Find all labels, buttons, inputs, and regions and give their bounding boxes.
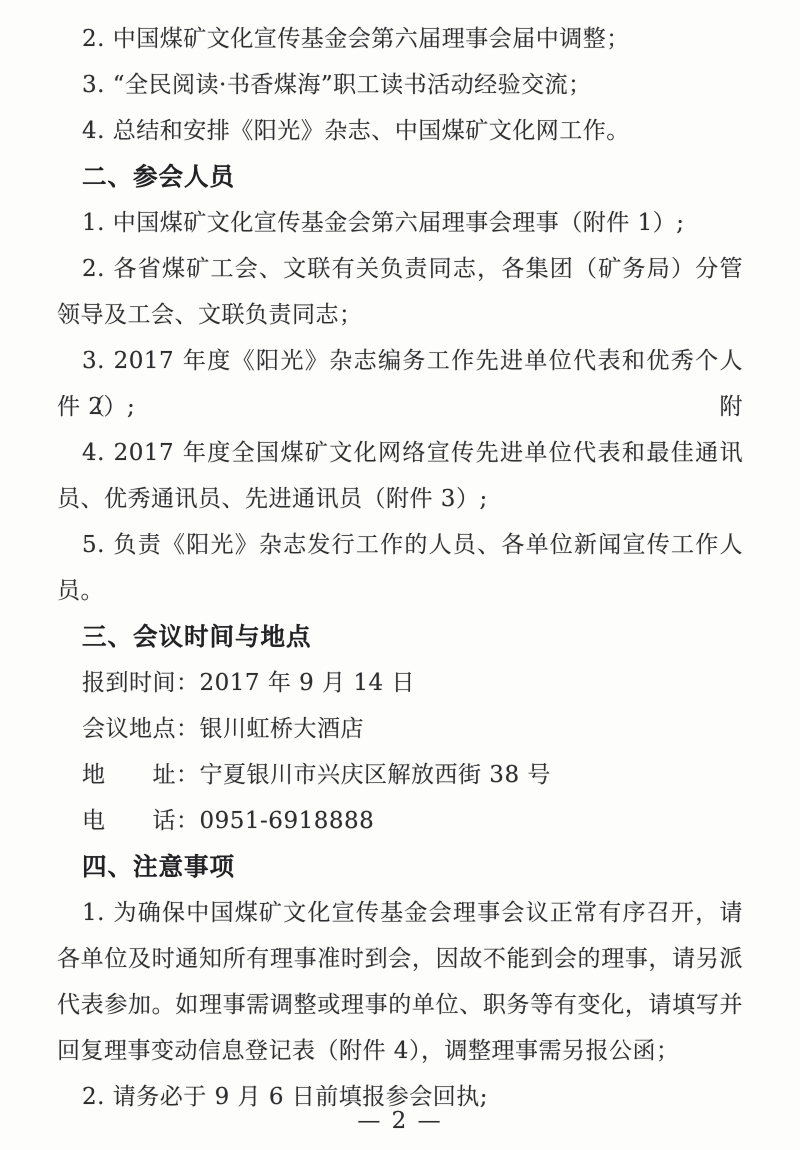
section-heading-time-place: 三、会议时间与地点	[57, 614, 743, 660]
participants-item-5: 5. 负责《阳光》杂志发行工作的人员、各单位新闻宣传工作人	[57, 522, 743, 568]
participants-item-5-cont: 员。	[57, 568, 743, 614]
notes-item-1-cont-3: 回复理事变动信息登记表（附件 4），调整理事需另报公函；	[57, 1028, 743, 1074]
section-heading-participants: 二、参会人员	[57, 154, 743, 200]
notes-item-1-cont-2: 代表参加。如理事需调整或理事的单位、职务等有变化，请填写并	[57, 982, 743, 1028]
participants-item-1: 1. 中国煤矿文化宣传基金会第六届理事会理事（附件 1）;	[57, 200, 743, 246]
phone: 电 话：0951-6918888	[57, 798, 743, 844]
agenda-item-2: 2. 中国煤矿文化宣传基金会第六届理事会届中调整；	[57, 16, 743, 62]
participants-item-2-cont: 领导及工会、文联负责同志；	[57, 292, 743, 338]
notes-item-1: 1. 为确保中国煤矿文化宣传基金会理事会议正常有序召开，请	[57, 890, 743, 936]
registration-time: 报到时间：2017 年 9 月 14 日	[57, 660, 743, 706]
section-heading-notes: 四、注意事项	[57, 844, 743, 890]
agenda-item-4: 4. 总结和安排《阳光》杂志、中国煤矿文化网工作。	[57, 108, 743, 154]
participants-item-2: 2. 各省煤矿工会、文联有关负责同志，各集团（矿务局）分管	[57, 246, 743, 292]
notes-item-1-cont-1: 各单位及时通知所有理事准时到会，因故不能到会的理事，请另派	[57, 936, 743, 982]
page-number: — 2 —	[0, 1106, 800, 1136]
meeting-place: 会议地点：银川虹桥大酒店	[57, 706, 743, 752]
participants-item-4: 4. 2017 年度全国煤矿文化网络宣传先进单位代表和最佳通讯	[57, 430, 743, 476]
agenda-item-3: 3. “全民阅读·书香煤海”职工读书活动经验交流；	[57, 62, 743, 108]
address: 地 址：宁夏银川市兴庆区解放西街 38 号	[57, 752, 743, 798]
document-body: 2. 中国煤矿文化宣传基金会第六届理事会届中调整； 3. “全民阅读·书香煤海”…	[57, 16, 743, 1120]
participants-item-4-cont: 员、优秀通讯员、先进通讯员（附件 3）;	[57, 476, 743, 522]
document-page: 2. 中国煤矿文化宣传基金会第六届理事会届中调整； 3. “全民阅读·书香煤海”…	[0, 0, 800, 1150]
participants-item-3: 3. 2017 年度《阳光》杂志编务工作先进单位代表和优秀个人（附	[57, 338, 743, 384]
